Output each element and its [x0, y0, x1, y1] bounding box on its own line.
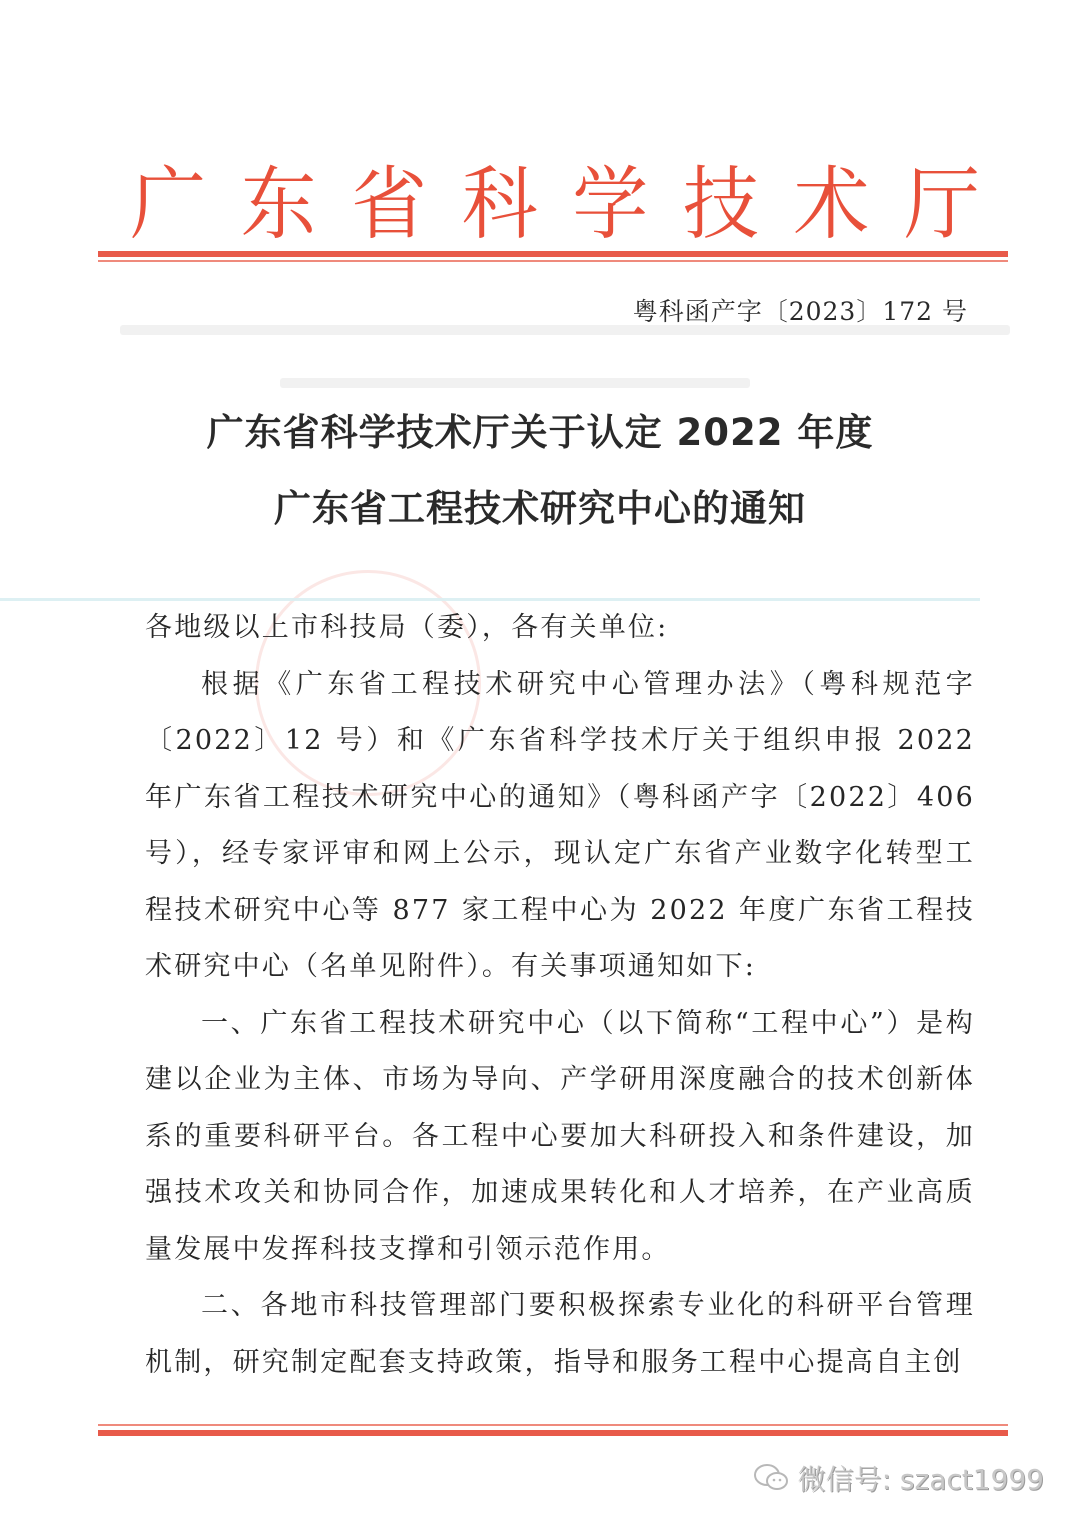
- wechat-icon: [752, 1462, 792, 1494]
- header-rule-thin: [98, 260, 1008, 262]
- masthead-char: 科: [462, 140, 538, 254]
- bleed-through-line: [280, 378, 750, 388]
- body-paragraph: 二、各地市科技管理部门要积极探索专业化的科研平台管理机制，研究制定配套支持政策，…: [145, 1278, 975, 1391]
- notice-body: 各地级以上市科技局（委），各有关单位: 根据《广东省工程技术研究中心管理办法》（…: [145, 600, 975, 1391]
- bleed-through-line: [120, 325, 1010, 335]
- masthead-char: 技: [683, 140, 759, 254]
- agency-masthead: 广 东 省 科 学 技 术 厅: [130, 150, 980, 245]
- masthead-char: 学: [572, 140, 648, 254]
- header-rule-thick: [98, 251, 1008, 257]
- masthead-char: 东: [241, 140, 317, 254]
- salutation: 各地级以上市科技局（委），各有关单位:: [145, 600, 975, 657]
- masthead-char: 厅: [904, 140, 980, 254]
- masthead-char: 术: [793, 140, 869, 254]
- masthead-char: 广: [130, 140, 206, 254]
- notice-title-line1: 广东省科学技术厅关于认定 2022 年度: [0, 402, 1080, 456]
- watermark-text: 微信号: szact1999: [798, 1458, 1044, 1498]
- masthead-char: 省: [351, 140, 427, 254]
- document-number: 粤科函产字〔2023〕172 号: [633, 292, 968, 328]
- body-paragraph: 一、广东省工程技术研究中心（以下简称“工程中心”）是构建以企业为主体、市场为导向…: [145, 996, 975, 1279]
- body-paragraph: 根据《广东省工程技术研究中心管理办法》（粤科规范字〔2022〕12 号）和《广东…: [145, 657, 975, 996]
- wechat-watermark: 微信号: szact1999: [752, 1458, 1044, 1498]
- notice-title-line2: 广东省工程技术研究中心的通知: [0, 478, 1080, 532]
- footer-rule-thick: [98, 1430, 1008, 1436]
- footer-rule-thin: [98, 1424, 1008, 1426]
